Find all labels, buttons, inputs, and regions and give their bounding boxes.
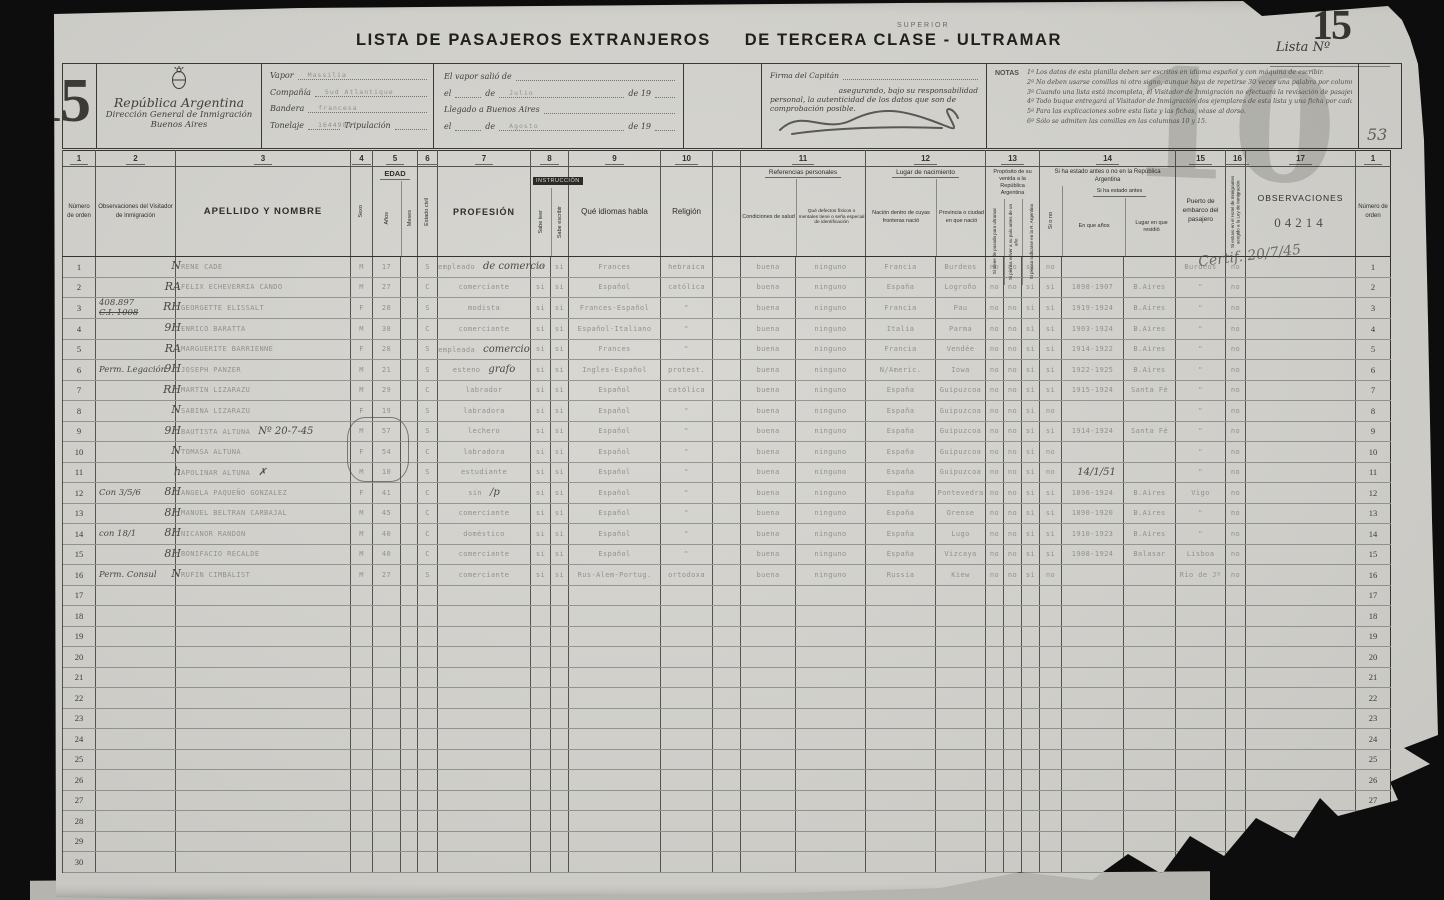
cell-purpose-b (1004, 585, 1022, 606)
cell-embark-port (1176, 749, 1226, 770)
cell-province: Orense (936, 503, 986, 524)
header-lugar-residio: Lugar en que residió (1125, 198, 1177, 256)
cell-place-resided (1124, 852, 1176, 873)
cell-nation: N/Americ. (866, 360, 936, 381)
cell-purpose-a (986, 749, 1004, 770)
cell-languages: Rus-Alem-Portug. (569, 565, 661, 586)
cell-name (176, 647, 351, 668)
cell-religion (661, 770, 713, 791)
cell-age (373, 852, 401, 873)
cell-months (401, 298, 418, 319)
cell-province: Parma (936, 319, 986, 340)
handwritten-mark: grafo (488, 364, 515, 375)
column-number-row: 1 2 3 4 5 6 7 8 9 10 11 12 13 14 15 16 1… (63, 151, 1391, 167)
cell-purpose-a (986, 852, 1004, 873)
bandera-value: francesa (318, 104, 357, 112)
cell-purpose-c: si (1022, 360, 1040, 381)
cell-hotel: no (1226, 380, 1246, 401)
cell-defects: ninguno (796, 483, 866, 504)
header-observaciones: OBSERVACIONES (1246, 193, 1355, 203)
cell-defects: ninguno (796, 401, 866, 422)
cell-embark-port: " (1176, 319, 1226, 340)
superior-stamp: SUPERIOR (897, 22, 950, 29)
cell-health (741, 852, 796, 873)
cell-gap (713, 688, 741, 709)
cell-been-before: si (1040, 360, 1062, 381)
cell-defects (796, 852, 866, 873)
cell-defects (796, 790, 866, 811)
cell-writes: si (551, 483, 569, 504)
cell-religion (661, 585, 713, 606)
cell-religion: " (661, 319, 713, 340)
cell-order-right: 30 (1356, 852, 1391, 873)
cell-order-left: 27 (63, 790, 96, 811)
cell-years-before (1062, 729, 1124, 750)
cell-writes: si (551, 298, 569, 319)
table-row: 2626 (63, 770, 1391, 791)
cell-months (401, 770, 418, 791)
cell-place-resided (1124, 626, 1176, 647)
cell-sex (351, 790, 373, 811)
cell-civil (418, 626, 438, 647)
cell-religion (661, 647, 713, 668)
cell-health (741, 749, 796, 770)
cell-order-left: 17 (63, 585, 96, 606)
cell-sex: F (351, 483, 373, 504)
cell-order-right: 3 (1356, 298, 1391, 319)
cell-order-right: 28 (1356, 811, 1391, 832)
cell-religion (661, 749, 713, 770)
cell-purpose-c (1022, 667, 1040, 688)
vapor-field: Massilia (298, 69, 427, 80)
cell-name (176, 667, 351, 688)
llegado-label: Llegado a Buenos Aires (444, 105, 540, 114)
cell-months (401, 503, 418, 524)
table-row: 2828 (63, 811, 1391, 832)
header-sabe-leer: Sabe leer (538, 210, 545, 234)
cell-gap (713, 319, 741, 340)
cell-years-before (1062, 790, 1124, 811)
cell-purpose-c (1022, 585, 1040, 606)
cell-civil: S (418, 298, 438, 319)
cell-civil (418, 606, 438, 627)
cell-reads: si (531, 483, 551, 504)
cell-languages: Español (569, 277, 661, 298)
cell-religion: " (661, 503, 713, 524)
cell-nation (866, 811, 936, 832)
cell-place-resided (1124, 257, 1176, 278)
cell-hotel: no (1226, 565, 1246, 586)
cell-observations (1246, 585, 1356, 606)
table-row: 12Con 3/5/68HANGELA PAQUEÑO GONZALEZF41C… (63, 483, 1391, 504)
cell-order-left: 30 (63, 852, 96, 873)
cell-visitor-obs (96, 852, 176, 873)
cell-profession: modista (438, 298, 531, 319)
cell-name (176, 585, 351, 606)
cell-years-before (1062, 770, 1124, 791)
cell-embark-port: Vigo (1176, 483, 1226, 504)
cell-age (373, 749, 401, 770)
cell-embark-port (1176, 790, 1226, 811)
cell-years-before: 1919-1924 (1062, 298, 1124, 319)
cell-languages (569, 749, 661, 770)
cell-languages: Español (569, 503, 661, 524)
cell-years-before: 1914-1924 (1062, 421, 1124, 442)
header-nacimiento-group: Lugar de nacimiento Nación dentro de cuy… (866, 167, 985, 256)
cell-age (373, 667, 401, 688)
header-observaciones-visitador: Observaciones del Visitador de Inmigraci… (96, 201, 175, 221)
cell-province (936, 770, 986, 791)
cell-purpose-c (1022, 770, 1040, 791)
cell-sex (351, 770, 373, 791)
cell-been-before: si (1040, 503, 1062, 524)
cell-order-right: 8 (1356, 401, 1391, 422)
table-row: 11hAPOLINAR ALTUNA✗M10SestudiantesisiEsp… (63, 462, 1391, 483)
handwritten-mark: RH (163, 300, 181, 313)
cell-place-resided (1124, 708, 1176, 729)
colnum-6: 6 (418, 154, 436, 165)
table-row: 16Perm. ConsulNRUFIN CIMBALISTM27Scomerc… (63, 565, 1391, 586)
cell-gap (713, 339, 741, 360)
cell-hotel (1226, 852, 1246, 873)
cell-order-right: 23 (1356, 708, 1391, 729)
cell-writes: si (551, 503, 569, 524)
cell-writes (551, 647, 569, 668)
colnum-13: 13 (1001, 154, 1024, 165)
cell-months (401, 831, 418, 852)
table-row: 1919 (63, 626, 1391, 647)
cell-purpose-b (1004, 811, 1022, 832)
cell-defects: ninguno (796, 298, 866, 319)
cell-reads: si (531, 380, 551, 401)
cell-defects (796, 606, 866, 627)
cell-civil (418, 647, 438, 668)
cell-hotel (1226, 770, 1246, 791)
cell-health: buena (741, 421, 796, 442)
cell-civil: C (418, 380, 438, 401)
cell-reads (531, 770, 551, 791)
colnum-5: 5 (386, 154, 404, 165)
title-right: DE TERCERA CLASE - ULTRAMAR (745, 31, 1062, 50)
cell-health: buena (741, 524, 796, 545)
cell-place-resided: B.Aires (1124, 277, 1176, 298)
cell-gap (713, 729, 741, 750)
handwritten-mark: RH (163, 383, 181, 396)
cell-purpose-c: si (1022, 401, 1040, 422)
cell-civil (418, 852, 438, 873)
header-salud: Condiciones de salud (741, 179, 796, 256)
cell-profession: lechero (438, 421, 531, 442)
cell-civil (418, 708, 438, 729)
cell-purpose-b: no (1004, 401, 1022, 422)
cell-religion: " (661, 298, 713, 319)
cell-gap (713, 442, 741, 463)
cell-province (936, 626, 986, 647)
cell-writes: si (551, 339, 569, 360)
cell-been-before: si (1040, 339, 1062, 360)
cell-health (741, 626, 796, 647)
handwritten-mark: 14/1/51 (1077, 467, 1116, 478)
cell-place-resided: B.Aires (1124, 319, 1176, 340)
cell-observations (1246, 647, 1356, 668)
salio-day-field (455, 87, 481, 98)
cell-visitor-obs: RH (96, 380, 176, 401)
cell-sex: M (351, 503, 373, 524)
cell-reads: si (531, 503, 551, 524)
document-sheet: LISTA DE PASAJEROS EXTRANJEROS DE TERCER… (0, 0, 1444, 900)
cell-purpose-b (1004, 729, 1022, 750)
cell-place-resided (1124, 565, 1176, 586)
cell-been-before: si (1040, 421, 1062, 442)
cell-name (176, 749, 351, 770)
cell-sex: M (351, 257, 373, 278)
colnum-1: 1 (70, 154, 88, 165)
cell-embark-port (1176, 688, 1226, 709)
cell-name: MANUEL BELTRAN CARBAJAL (176, 503, 351, 524)
cell-embark-port: " (1176, 380, 1226, 401)
cell-order-left: 21 (63, 667, 96, 688)
table-row: 2727 (63, 790, 1391, 811)
cell-defects: ninguno (796, 544, 866, 565)
cell-civil: C (418, 277, 438, 298)
cell-civil: S (418, 339, 438, 360)
colnum-2: 2 (126, 154, 144, 165)
cell-nation (866, 688, 936, 709)
cell-visitor-obs: 9H (96, 421, 176, 442)
cell-observations (1246, 626, 1356, 647)
cell-name (176, 831, 351, 852)
cell-religion: " (661, 339, 713, 360)
cell-embark-port: " (1176, 339, 1226, 360)
cell-health: buena (741, 442, 796, 463)
cell-province: Vendée (936, 339, 986, 360)
cell-reads (531, 749, 551, 770)
cell-writes: si (551, 380, 569, 401)
cell-gap (713, 585, 741, 606)
cell-order-left: 15 (63, 544, 96, 565)
cell-languages (569, 585, 661, 606)
cell-age: 40 (373, 544, 401, 565)
cell-health: buena (741, 298, 796, 319)
cell-name: APOLINAR ALTUNA✗ (176, 462, 351, 483)
cell-profession (438, 749, 531, 770)
cell-gap (713, 811, 741, 832)
cell-been-before: si (1040, 319, 1062, 340)
cell-religion (661, 667, 713, 688)
cell-months (401, 257, 418, 278)
cell-months (401, 544, 418, 565)
cell-religion: " (661, 442, 713, 463)
cell-hotel (1226, 667, 1246, 688)
cell-defects: ninguno (796, 524, 866, 545)
cell-nation: España (866, 277, 936, 298)
cell-purpose-c (1022, 729, 1040, 750)
cell-name: BAUTISTA ALTUNANº 20-7-45 (176, 421, 351, 442)
cell-been-before (1040, 606, 1062, 627)
cell-years-before (1062, 831, 1124, 852)
cell-purpose-b: no (1004, 544, 1022, 565)
cell-place-resided: Santa Fé (1124, 380, 1176, 401)
cell-years-before (1062, 606, 1124, 627)
header-si-o-no: Si o no (1048, 212, 1055, 229)
cell-place-resided (1124, 790, 1176, 811)
cell-age: 45 (373, 503, 401, 524)
cell-languages: Español (569, 401, 661, 422)
cell-province: Lugo (936, 524, 986, 545)
cell-order-right: 12 (1356, 483, 1391, 504)
cell-province: Vizcaya (936, 544, 986, 565)
cell-profession (438, 585, 531, 606)
cell-hotel: no (1226, 298, 1246, 319)
cell-purpose-b (1004, 852, 1022, 873)
cell-hotel (1226, 688, 1246, 709)
header-instruccion: INSTRUCCIÓN (533, 177, 583, 185)
cell-civil: C (418, 442, 438, 463)
cell-hotel (1226, 647, 1246, 668)
cell-profession: comerciante (438, 503, 531, 524)
cell-profession (438, 647, 531, 668)
handwritten-mark: Nº 20-7-45 (258, 426, 313, 437)
cell-profession (438, 811, 531, 832)
cell-gap (713, 770, 741, 791)
cell-writes (551, 708, 569, 729)
cell-sex (351, 626, 373, 647)
cell-months (401, 319, 418, 340)
cell-writes: si (551, 544, 569, 565)
table-row: 49HENRICO BARATTAM30CcomerciantesisiEspa… (63, 319, 1391, 340)
notes-box: NOTAS 1ª Los datos de esta planilla debe… (986, 64, 1358, 148)
cell-profession: labradora (438, 401, 531, 422)
cell-religion: " (661, 483, 713, 504)
cell-embark-port: Rio de Jº (1176, 565, 1226, 586)
header-apellido-nombre: APELLIDO Y NOMBRE (176, 206, 350, 217)
cell-gap (713, 380, 741, 401)
cell-profession (438, 729, 531, 750)
cell-age: 27 (373, 277, 401, 298)
cell-writes: si (551, 524, 569, 545)
compania-value: Sud Atlantique (325, 88, 394, 96)
cell-observations (1246, 708, 1356, 729)
header-anios: Años (384, 212, 391, 225)
cell-civil (418, 811, 438, 832)
cell-health (741, 667, 796, 688)
cell-purpose-a (986, 585, 1004, 606)
colnum-15: 15 (1189, 154, 1212, 165)
table-row: 2121 (63, 667, 1391, 688)
cell-purpose-a: no (986, 319, 1004, 340)
header-estadia: Si ha estado antes o no en la República … (1040, 167, 1175, 186)
cell-purpose-b (1004, 626, 1022, 647)
cell-observations (1246, 442, 1356, 463)
cell-place-resided (1124, 606, 1176, 627)
bandera-field: francesa (308, 102, 427, 113)
cell-profession: empleadacomercio (438, 339, 531, 360)
cell-gap (713, 483, 741, 504)
cell-months (401, 811, 418, 832)
cell-observations (1246, 565, 1356, 586)
cell-purpose-a: no (986, 503, 1004, 524)
cell-purpose-b (1004, 667, 1022, 688)
cell-visitor-obs: con 18/18H (96, 524, 176, 545)
cell-observations (1246, 462, 1356, 483)
cell-purpose-a (986, 770, 1004, 791)
cell-profession (438, 708, 531, 729)
cell-place-resided: B.Aires (1124, 483, 1176, 504)
tonelaje-field: 1644981 (308, 119, 340, 130)
cell-defects (796, 688, 866, 709)
cell-sex (351, 667, 373, 688)
cell-province (936, 708, 986, 729)
cell-writes (551, 749, 569, 770)
cell-purpose-b (1004, 606, 1022, 627)
cell-observations (1246, 688, 1356, 709)
cell-languages: Frances (569, 339, 661, 360)
cell-order-left: 13 (63, 503, 96, 524)
cell-languages: Español (569, 442, 661, 463)
cell-purpose-b: no (1004, 319, 1022, 340)
cell-order-left: 22 (63, 688, 96, 709)
cell-order-right: 15 (1356, 544, 1391, 565)
firma-label: Firma del Capitán (770, 71, 839, 80)
cell-name (176, 790, 351, 811)
cell-observations (1246, 277, 1356, 298)
cell-order-right: 22 (1356, 688, 1391, 709)
cell-gap (713, 852, 741, 873)
cell-embark-port: " (1176, 401, 1226, 422)
cell-order-left: 16 (63, 565, 96, 586)
cell-purpose-b (1004, 708, 1022, 729)
cell-purpose-c: si (1022, 380, 1040, 401)
cell-purpose-b: no (1004, 524, 1022, 545)
cell-been-before: no (1040, 257, 1062, 278)
cell-reads (531, 790, 551, 811)
cell-religion: hebraica (661, 257, 713, 278)
cell-observations (1246, 770, 1356, 791)
cell-years-before (1062, 442, 1124, 463)
cell-observations (1246, 319, 1356, 340)
de-label: de (485, 89, 495, 98)
cell-order-right: 20 (1356, 647, 1391, 668)
cell-embark-port: Lisboa (1176, 544, 1226, 565)
cell-reads: si (531, 339, 551, 360)
cell-profession (438, 770, 531, 791)
cell-been-before: no (1040, 565, 1062, 586)
cell-years-before (1062, 667, 1124, 688)
cell-place-resided (1124, 729, 1176, 750)
cell-order-right: 1 (1356, 257, 1391, 278)
cell-civil: C (418, 319, 438, 340)
cell-been-before (1040, 749, 1062, 770)
handwritten-mark: 8H (164, 506, 181, 519)
el-label2: el (444, 122, 451, 131)
cell-sex (351, 688, 373, 709)
cell-province: Pontevedra (936, 483, 986, 504)
cell-name: JOSEPH PANZER (176, 360, 351, 381)
cell-health: buena (741, 360, 796, 381)
cell-order-left: 29 (63, 831, 96, 852)
cell-nation: España (866, 380, 936, 401)
header-estado-antes: Si ha estado antes (1093, 188, 1147, 197)
cell-province (936, 688, 986, 709)
cell-health: buena (741, 277, 796, 298)
cell-province: Pau (936, 298, 986, 319)
cell-nation: España (866, 483, 936, 504)
cell-reads: si (531, 401, 551, 422)
cell-health (741, 708, 796, 729)
cell-writes: si (551, 401, 569, 422)
cell-defects (796, 667, 866, 688)
cell-hotel (1226, 831, 1246, 852)
